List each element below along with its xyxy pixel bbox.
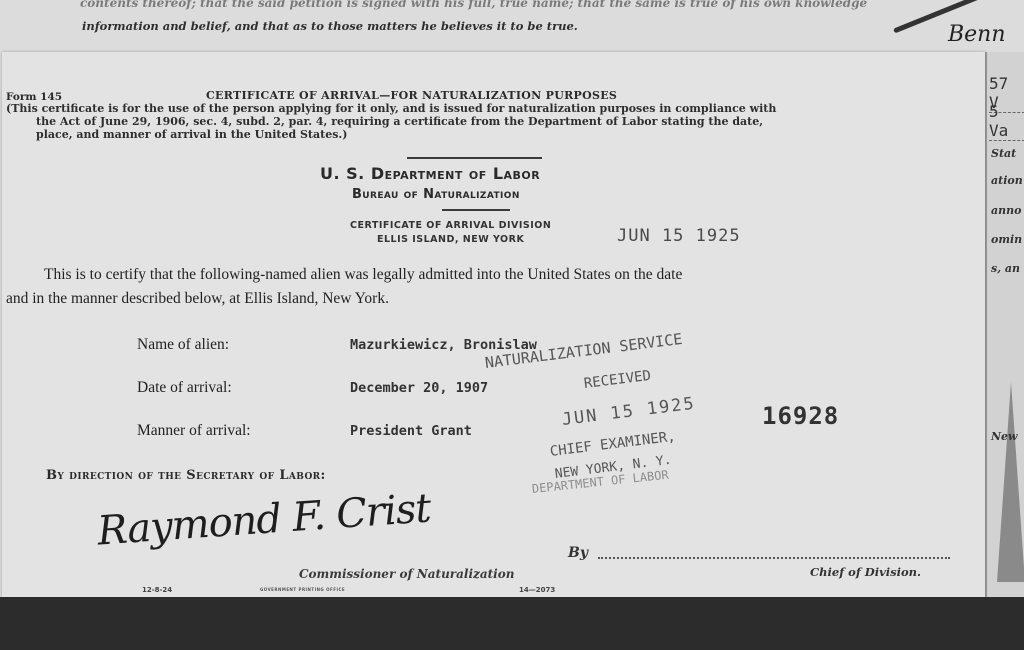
side-document-text: New [991,430,1018,443]
received-stamp-label: RECEIVED [583,368,652,392]
commissioner-title: Commissioner of Naturalization [299,567,514,581]
signature-line [598,557,950,559]
footer-form-code: 14—2073 [519,586,555,594]
certificate-note-line3: place, and manner of arrival in the Unit… [6,128,956,141]
field-name-of-alien: Name of alien:Mazurkiewicz, Bronislaw [137,336,537,354]
field-value: December 20, 1907 [350,380,488,396]
bureau-title: Bureau of Naturalization [352,187,520,202]
certification-statement: This is to certify that the following-na… [6,263,956,311]
field-manner-of-arrival: Manner of arrival:President Grant [137,422,472,440]
back-document-text-line1: contents thereof; that the said petition… [80,0,867,10]
division-block: CERTIFICATE OF ARRIVAL DIVISION ELLIS IS… [350,219,551,247]
field-label: Manner of arrival: [137,422,350,440]
commissioner-signature: Raymond F. Crist [96,485,432,554]
side-document-number-2: 5 Va [989,102,1024,141]
bureau-divider [442,209,510,211]
certificate-of-arrival: Form 145 CERTIFICATE OF ARRIVAL—FOR NATU… [2,52,985,597]
side-document-text: Stat [991,147,1016,160]
certification-line2: and in the manner described below, at El… [6,287,956,311]
stamp-number: 16928 [762,402,839,430]
certification-line1: This is to certify that the following-na… [6,263,956,287]
certificate-note-line1: (This certificate is for the use of the … [6,102,776,115]
side-document-text: anno [991,204,1021,217]
back-document-text-line2: information and belief, and that as to t… [82,19,578,33]
side-document-text: ation [991,174,1023,187]
side-document-shadow [997,382,1024,582]
chief-of-division-title: Chief of Division. [810,565,921,579]
by-label: By [568,545,588,561]
certificate-note: (This certificate is for the use of the … [6,102,956,141]
field-date-of-arrival: Date of arrival:December 20, 1907 [137,379,488,397]
received-stamp-date: JUN 15 1925 [561,394,697,430]
footer-printer: GOVERNMENT PRINTING OFFICE [260,587,345,592]
certificate-title: CERTIFICATE OF ARRIVAL—FOR NATURALIZATIO… [206,89,617,102]
certificate-note-line2: the Act of June 29, 1906, sec. 4, subd. … [6,115,956,128]
issue-date-stamp: JUN 15 1925 [617,226,741,246]
division-name: CERTIFICATE OF ARRIVAL DIVISION [350,219,551,233]
footer-date-code: 12-8-24 [142,586,172,594]
field-value: President Grant [350,423,472,439]
field-label: Name of alien: [137,336,350,354]
by-direction-text: By direction of the Secretary of Labor: [46,468,326,483]
department-title: U. S. Department of Labor [320,164,540,183]
field-label: Date of arrival: [137,379,350,397]
side-document-text: s, an [991,262,1020,275]
back-document-signature: Benn [948,22,1006,47]
division-location: ELLIS ISLAND, NEW YORK [350,233,551,247]
side-document-strip: 57 V 5 Va Stat ation anno omin s, an New [985,52,1024,607]
dark-background [0,597,1024,650]
side-document-text: omin [991,233,1022,246]
header-divider [407,157,542,159]
